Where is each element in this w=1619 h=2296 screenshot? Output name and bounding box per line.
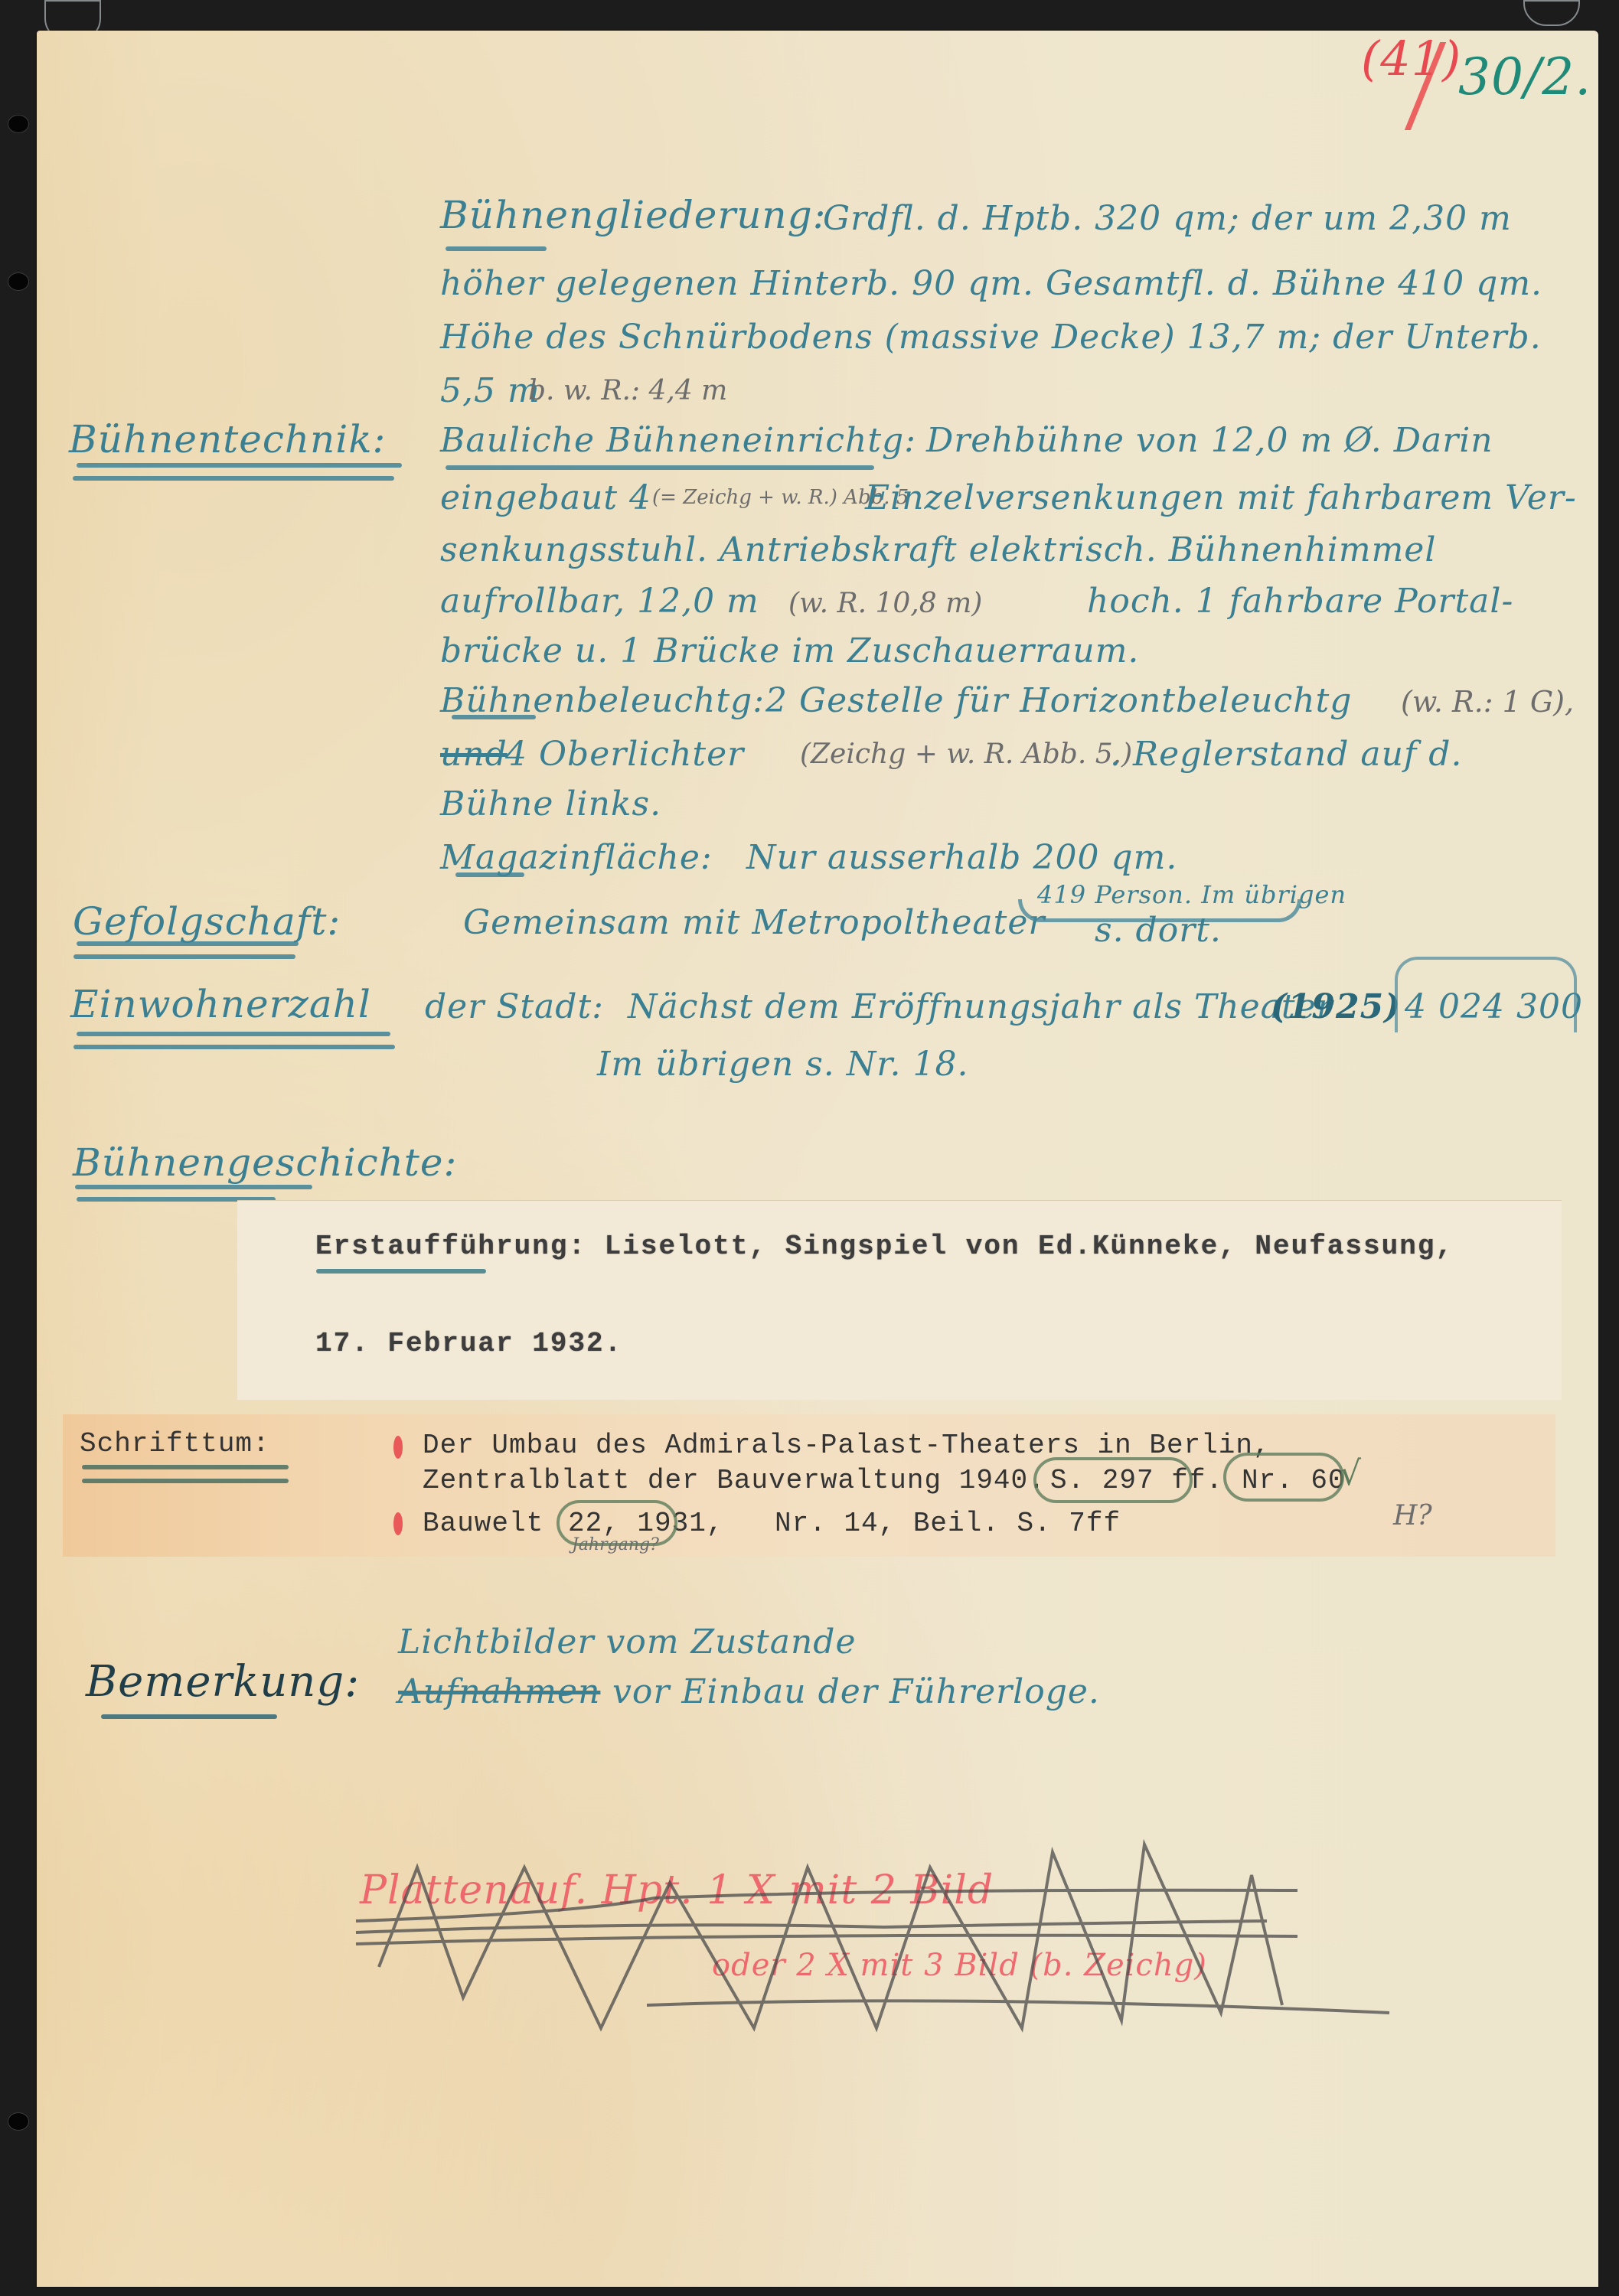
text-line: senkungsstuhl. Antriebskraft elektrisch.… bbox=[440, 530, 1436, 569]
binder-hole bbox=[8, 2112, 29, 2131]
text-line: 4 Oberlichter bbox=[505, 735, 744, 774]
sublabel-bauliche: Bauliche Bühneneinrichtg: bbox=[440, 421, 916, 460]
underline bbox=[82, 1479, 289, 1483]
underline bbox=[101, 1714, 277, 1719]
underline bbox=[446, 246, 547, 251]
text-line: eingebaut 4 bbox=[440, 478, 651, 517]
pencil-note: b. w. R.: 4,4 m bbox=[528, 375, 727, 406]
typed-date: 17. Februar 1932. bbox=[315, 1328, 622, 1359]
text-line: Bühne links. bbox=[440, 784, 661, 823]
red-bullet bbox=[393, 1512, 403, 1535]
pencil-circle bbox=[1223, 1453, 1344, 1502]
value-bracket bbox=[1395, 957, 1577, 1032]
label-buehnengliederung: Bühnengliederung: bbox=[440, 193, 826, 237]
struck-word: und bbox=[440, 735, 508, 774]
pencil-margin-note: H? bbox=[1393, 1500, 1432, 1531]
text-line: Einzelversenkungen mit fahrbarem Ver- bbox=[865, 478, 1577, 517]
underline bbox=[73, 954, 295, 959]
label-gefolgschaft: Gefolgschaft: bbox=[73, 899, 341, 944]
sublabel-magazin: Magazinfläche: bbox=[440, 838, 713, 877]
label-buehnentechnik: Bühnentechnik: bbox=[69, 417, 386, 461]
underline bbox=[82, 1465, 289, 1469]
binder-hole bbox=[8, 115, 29, 133]
text-line: Nächst dem Eröffnungsjahr als Theater bbox=[628, 987, 1333, 1026]
underline bbox=[446, 465, 874, 470]
underline bbox=[77, 941, 299, 946]
underline bbox=[316, 1269, 486, 1274]
text-line: höher gelegenen Hinterb. 90 qm. Gesamtfl… bbox=[440, 264, 1542, 303]
text-line: Im übrigen s. Nr. 18. bbox=[597, 1045, 968, 1084]
text-line: Grdfl. d. Hptb. 320 qm; der um 2,30 m bbox=[823, 199, 1512, 238]
photo-corner-clip bbox=[1523, 0, 1580, 26]
pencil-scribble bbox=[348, 1837, 1458, 2036]
pencil-note: Jahrgang? bbox=[572, 1535, 659, 1554]
entry-1-line-1: Der Umbau des Admirals-Palast-Theaters i… bbox=[423, 1430, 1271, 1461]
underline bbox=[77, 463, 402, 468]
text-line: Höhe des Schnürbodens (massive Decke) 13… bbox=[440, 318, 1542, 357]
struck-word: Aufnahmen bbox=[398, 1672, 600, 1711]
pencil-note: (w. R. 10,8 m) bbox=[788, 588, 982, 619]
underline bbox=[452, 715, 536, 719]
underline bbox=[77, 1032, 390, 1036]
underline bbox=[75, 1185, 312, 1189]
entry-2-rest: Nr. 14, Beil. S. 7ff bbox=[775, 1508, 1121, 1539]
text-line: s. dort. bbox=[1095, 911, 1222, 950]
text-line: 2 Gestelle für Horizontbeleuchtg bbox=[765, 681, 1352, 720]
label-bemerkung: Bemerkung: bbox=[86, 1657, 360, 1707]
text-line: vor Einbau der Führerloge. bbox=[612, 1672, 1100, 1711]
label-buehnengeschichte: Bühnengeschichte: bbox=[73, 1140, 457, 1185]
text-line: Drehbühne von 12,0 m Ø. Darin bbox=[926, 421, 1493, 460]
folio-red: (41) bbox=[1361, 31, 1461, 86]
binder-hole bbox=[8, 272, 29, 291]
text-line: . Reglerstand auf d. bbox=[1110, 735, 1462, 774]
underline bbox=[73, 476, 394, 481]
folio-green: 30/2. bbox=[1458, 47, 1591, 106]
underline bbox=[73, 1045, 395, 1049]
text-line: Nur ausserhalb 200 qm. bbox=[746, 838, 1177, 877]
typed-line: Erstaufführung: Liselott, Singspiel von … bbox=[315, 1231, 1454, 1262]
entry-2-title: Bauwelt bbox=[423, 1508, 543, 1539]
text-line: aufrollbar, 12,0 m bbox=[440, 582, 759, 621]
label-suffix: der Stadt: bbox=[425, 987, 604, 1026]
label-schrifttum: Schrifttum: bbox=[80, 1428, 270, 1459]
text-line: brücke u. 1 Brücke im Zuschauerraum. bbox=[440, 631, 1139, 670]
pencil-circle bbox=[1033, 1457, 1193, 1503]
text-line: hoch. 1 fahrbare Portal- bbox=[1087, 582, 1513, 621]
pencil-note: (w. R.: 1 G), bbox=[1401, 685, 1574, 719]
year-value: (1925) bbox=[1271, 987, 1401, 1026]
insert-note: Lichtbilder vom Zustande bbox=[398, 1623, 857, 1662]
pencil-note: (Zeichg + w. R. Abb. 5.) bbox=[800, 739, 1132, 770]
check-mark: √ bbox=[1340, 1454, 1362, 1493]
schrifttum-slip: Schrifttum: Der Umbau des Admirals-Palas… bbox=[63, 1414, 1555, 1557]
red-bullet bbox=[393, 1436, 403, 1459]
text-line: Gemeinsam mit Metropoltheater bbox=[463, 903, 1045, 942]
text-line: 5,5 m bbox=[440, 371, 540, 410]
entry-1-line-2: Zentralblatt der Bauverwaltung 1940. bbox=[423, 1465, 1046, 1496]
underline bbox=[455, 872, 524, 877]
label-einwohnerzahl: Einwohnerzahl bbox=[70, 982, 371, 1026]
